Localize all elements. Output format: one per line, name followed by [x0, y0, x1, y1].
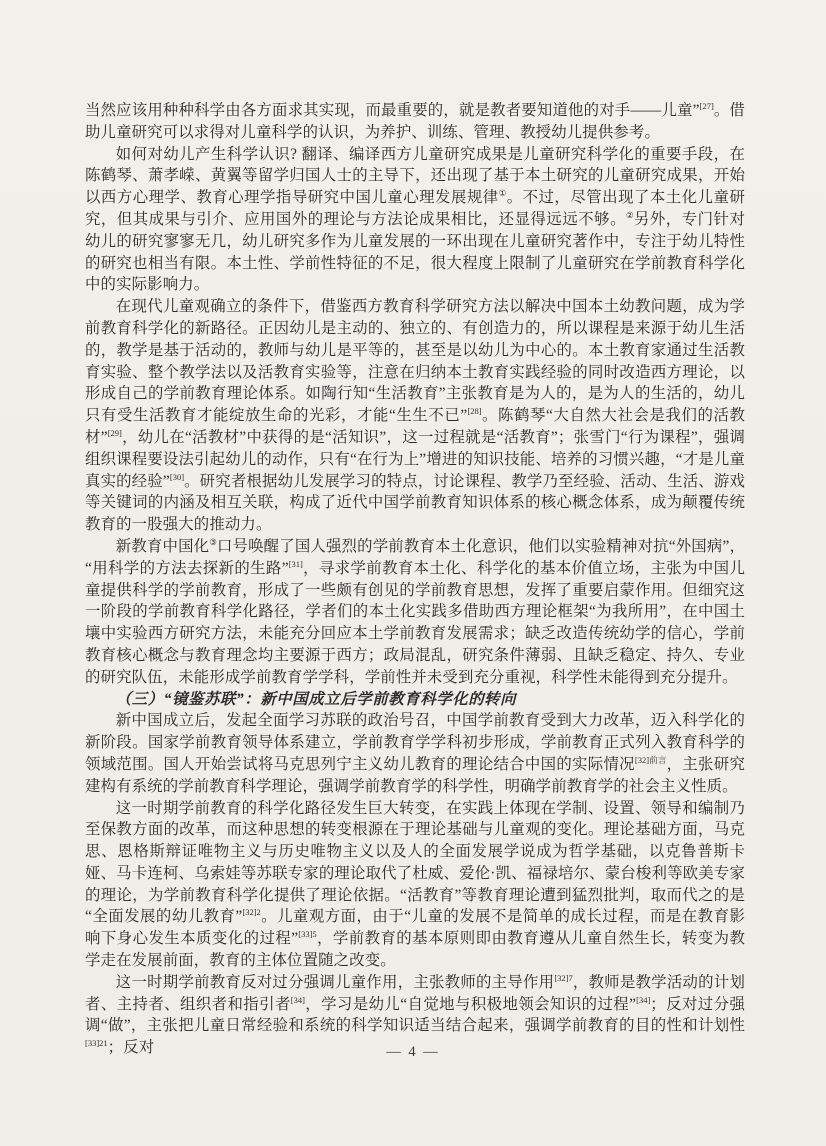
paragraph: 新教育中国化③口号唤醒了国人强烈的学前教育本土化意识，他们以实验精神对抗“外国病…: [85, 536, 745, 689]
paragraph: 如何对幼儿产生科学认识? 翻译、编译西方儿童研究成果是儿童研究科学化的重要手段，…: [85, 144, 745, 297]
citation-superscript: [31]: [289, 559, 303, 569]
citation-superscript: ①: [499, 188, 507, 198]
page-footer: — 4 —: [0, 1044, 826, 1061]
citation-superscript: [33]5: [298, 929, 316, 939]
paragraph: 当然应该用种种科学由各方面求其实现，而最重要的，就是教者要知道他的对手——儿童”…: [85, 100, 745, 144]
paragraph: 这一时期学前教育的科学化路径发生巨大转变，在实践上体现在学制、设置、领导和编制乃…: [85, 798, 745, 972]
document-body: 当然应该用种种科学由各方面求其实现，而最重要的，就是教者要知道他的对手——儿童”…: [85, 100, 745, 1059]
citation-superscript: [32]2: [242, 907, 260, 917]
citation-superscript: [29]: [108, 428, 122, 438]
citation-superscript: ②: [626, 210, 634, 220]
citation-superscript: ③: [209, 537, 217, 547]
section-heading: （三）“镜鉴苏联”：新中国成立后学前教育科学化的转向: [85, 689, 745, 711]
citation-superscript: [32]7: [554, 973, 572, 983]
paper-background: 当然应该用种种科学由各方面求其实现，而最重要的，就是教者要知道他的对手——儿童”…: [0, 0, 826, 1146]
citation-superscript: [32]前言: [635, 755, 667, 765]
citation-superscript: [34]: [636, 995, 650, 1005]
citation-superscript: [30]: [170, 471, 184, 481]
page-number: — 4 —: [386, 1044, 440, 1060]
paragraph: 新中国成立后，发起全面学习苏联的政治号召，中国学前教育受到大力改革，迈入科学化的…: [85, 710, 745, 797]
paragraph: 在现代儿童观确立的条件下，借鉴西方教育科学研究方法以解决中国本土幼教问题，成为学…: [85, 296, 745, 536]
document-page: { "page": { "paper_color": "#f1efe9", "t…: [0, 0, 826, 1146]
citation-superscript: [34]: [291, 995, 305, 1005]
citation-superscript: [27]: [700, 101, 714, 111]
citation-superscript: [28]: [467, 406, 481, 416]
